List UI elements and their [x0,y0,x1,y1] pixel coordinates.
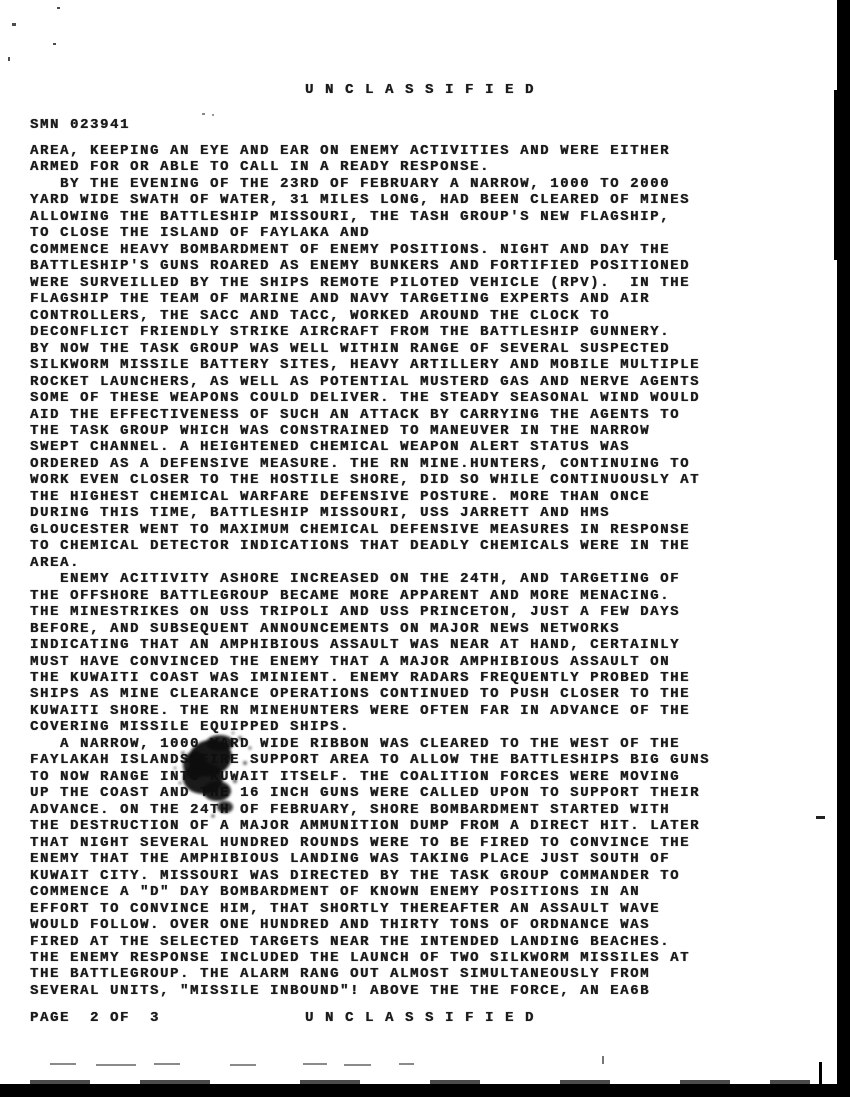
text-line: KUWAITI SHORE. THE RN MINEHUNTERS WERE O… [30,703,710,719]
scan-smudge [30,1080,90,1084]
scan-smudge [770,1080,810,1084]
text-line: ALLOWING THE BATTLESHIP MISSOURI, THE TA… [30,209,710,225]
scan-dash-mark [154,1063,180,1065]
text-line: AREA, KEEPING AN EYE AND EAR ON ENEMY AC… [30,143,710,159]
text-line: WOULD FOLLOW. OVER ONE HUNDRED AND THIRT… [30,917,710,933]
page-number-label: PAGE 2 OF 3 [30,1010,160,1026]
scan-edge-bar-bottom [0,1084,850,1097]
text-line: FIRED AT THE SELECTED TARGETS NEAR THE I… [30,934,710,950]
text-line: CONTROLLERS, THE SACC AND TACC, WORKED A… [30,308,710,324]
text-line: WERE SURVEILLED BY THE SHIPS REMOTE PILO… [30,275,710,291]
text-line: KUWAIT CITY. MISSOURI WAS DIRECTED BY TH… [30,868,710,884]
text-line: COMMENCE HEAVY BOMBARDMENT OF ENEMY POSI… [30,242,710,258]
text-line: THE TASK GROUP WHICH WAS CONSTRAINED TO … [30,423,710,439]
text-line: WORK EVEN CLOSER TO THE HOSTILE SHORE, D… [30,472,710,488]
text-line: ORDERED AS A DEFENSIVE MEASURE. THE RN M… [30,456,710,472]
text-line: GLOUCESTER WENT TO MAXIMUM CHEMICAL DEFE… [30,522,710,538]
scan-dash-mark [399,1063,414,1065]
scan-speck [202,113,205,115]
text-line: THE ENEMY RESPONSE INCLUDED THE LAUNCH O… [30,950,710,966]
scan-dash-mark [344,1064,371,1066]
scan-speck [212,114,214,116]
text-line: ADVANCE. ON THE 24TH OF FEBRUARY, SHORE … [30,802,710,818]
scan-smudge [430,1080,480,1084]
scan-speck [57,7,60,9]
classification-header: U N C L A S S I F I E D [305,82,535,98]
text-line: THE HIGHEST CHEMICAL WARFARE DEFENSIVE P… [30,489,710,505]
text-line: TO NOW RANGE INTO KUWAIT ITSELF. THE COA… [30,769,710,785]
text-line: ENEMY ACITIVITY ASHORE INCREASED ON THE … [30,571,710,587]
scan-smudge [140,1080,210,1084]
text-line: ENEMY THAT THE AMPHIBIOUS LANDING WAS TA… [30,851,710,867]
text-line: AID THE EFFECTIVENESS OF SUCH AN ATTACK … [30,407,710,423]
text-line: COMMENCE A "D" DAY BOMBARDMENT OF KNOWN … [30,884,710,900]
text-line: ROCKET LAUNCHERS, AS WELL AS POTENTIAL M… [30,374,710,390]
text-line: DURING THIS TIME, BATTLESHIP MISSOURI, U… [30,505,710,521]
text-line: TO CHEMICAL DETECTOR INDICATIONS THAT DE… [30,538,710,554]
scan-speck [12,23,16,26]
text-line: DECONFLICT FRIENDLY STRIKE AIRCRAFT FROM… [30,324,710,340]
text-line: SEVERAL UNITS, "MISSILE INBOUND"! ABOVE … [30,983,710,999]
scan-dash-mark [96,1064,136,1066]
text-line: INDICATING THAT AN AMPHIBIOUS ASSAULT WA… [30,637,710,653]
scan-tick-mark [602,1056,604,1064]
text-line: THE OFFSHORE BATTLEGROUP BECAME MORE APP… [30,588,710,604]
text-line: BEFORE, AND SUBSEQUENT ANNOUNCEMENTS ON … [30,621,710,637]
text-line: THAT NIGHT SEVERAL HUNDRED ROUNDS WERE T… [30,835,710,851]
text-line: YARD WIDE SWATH OF WATER, 31 MILES LONG,… [30,192,710,208]
scan-smudge [680,1080,730,1084]
text-line: BY THE EVENING OF THE 23RD OF FEBRUARY A… [30,176,710,192]
text-line: THE DESTRUCTION OF A MAJOR AMMUNITION DU… [30,818,710,834]
text-line: SILKWORM MISSILE BATTERY SITES, HEAVY AR… [30,357,710,373]
text-line: BATTLESHIP'S GUNS ROARED AS ENEMY BUNKER… [30,258,710,274]
scan-speck [8,57,10,61]
scan-hyphen-mark [816,816,825,819]
scan-speck [53,43,56,45]
scan-dash-mark [230,1064,256,1066]
text-line: EFFORT TO CONVINCE HIM, THAT SHORTLY THE… [30,901,710,917]
text-line: BY NOW THE TASK GROUP WAS WELL WITHIN RA… [30,341,710,357]
scan-edge-bar-nub [834,90,838,260]
document-serial-number: SMN 023941 [30,117,130,133]
text-line: FAYLAKAH ISLANDS FIRE SUPPORT AREA TO AL… [30,752,710,768]
scan-tick-mark [819,1062,822,1084]
text-line: THE MINESTRIKES ON USS TRIPOLI AND USS P… [30,604,710,620]
scan-dash-mark [303,1063,327,1065]
text-line: COVERING MISSILE EQUIPPED SHIPS. [30,719,710,735]
text-line: SOME OF THESE WEAPONS COULD DELIVER. THE… [30,390,710,406]
scan-smudge [560,1080,610,1084]
scanned-document-page: U N C L A S S I F I E D SMN 023941 AREA,… [0,0,850,1097]
text-line: MUST HAVE CONVINCED THE ENEMY THAT A MAJ… [30,654,710,670]
text-line: THE BATTLEGROUP. THE ALARM RANG OUT ALMO… [30,966,710,982]
scan-edge-bar-right [837,0,850,1097]
text-line: SHIPS AS MINE CLEARANCE OPERATIONS CONTI… [30,686,710,702]
scan-dash-mark [50,1063,76,1065]
text-line: ARMED FOR OR ABLE TO CALL IN A READY RES… [30,159,710,175]
text-line: AREA. [30,555,710,571]
text-line: FLAGSHIP THE TEAM OF MARINE AND NAVY TAR… [30,291,710,307]
classification-footer: U N C L A S S I F I E D [305,1010,535,1026]
document-body-text: AREA, KEEPING AN EYE AND EAR ON ENEMY AC… [30,143,710,999]
text-line: UP THE COAST AND THE 16 INCH GUNS WERE C… [30,785,710,801]
text-line: SWEPT CHANNEL. A HEIGHTENED CHEMICAL WEA… [30,439,710,455]
text-line: A NARROW, 1000 YARD WIDE RIBBON WAS CLEA… [30,736,710,752]
text-line: THE KUWAITI COAST WAS IMINIENT. ENEMY RA… [30,670,710,686]
text-line: TO CLOSE THE ISLAND OF FAYLAKA AND [30,225,710,241]
scan-smudge [300,1080,360,1084]
ink-blot-artifact [165,723,280,828]
